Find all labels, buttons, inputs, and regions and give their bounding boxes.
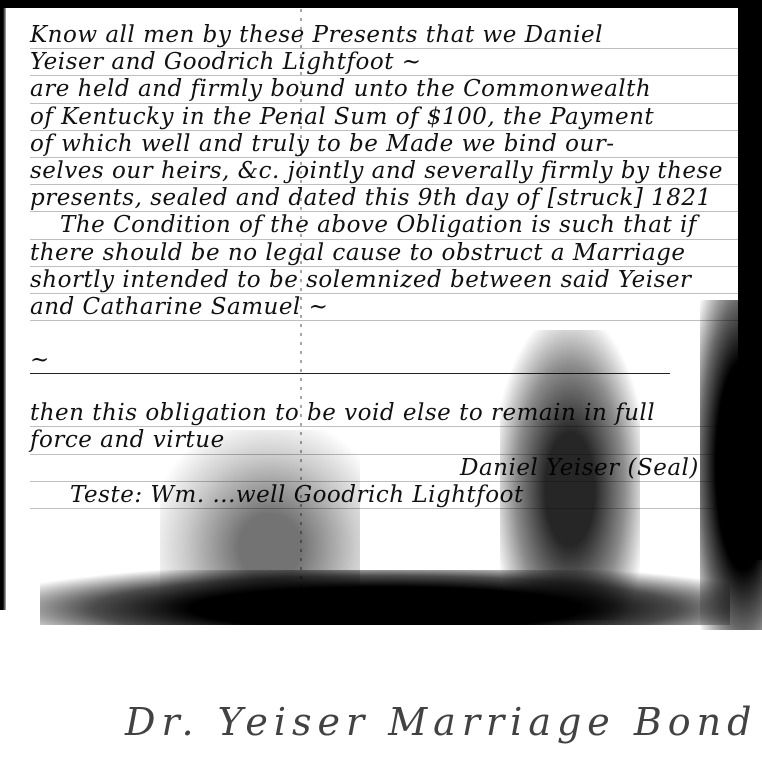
scan-left-edge	[0, 0, 6, 610]
document-line: Know all men by these Presents that we D…	[30, 22, 740, 49]
document-line: The Condition of the above Obligation is…	[30, 212, 740, 239]
document-line: shortly intended to be solemnized betwee…	[30, 267, 740, 294]
torn-bottom-edge	[40, 570, 730, 625]
document-line: of which well and truly to be Made we bi…	[30, 131, 740, 158]
document-line: there should be no legal cause to obstru…	[30, 240, 740, 267]
document-line: of Kentucky in the Penal Sum of $100, th…	[30, 104, 740, 131]
document-line: are held and firmly bound unto the Commo…	[30, 76, 740, 103]
scan-right-border	[738, 0, 762, 560]
document-scan: Know all men by these Presents that we D…	[0, 0, 762, 640]
document-line: and Catharine Samuel ~	[30, 294, 740, 321]
document-line: selves our heirs, &c. jointly and severa…	[30, 158, 740, 185]
docket-annotation: Dr. Yeiser Marriage Bond	[125, 700, 757, 744]
document-line: Yeiser and Goodrich Lightfoot ~	[30, 49, 740, 76]
document-line: presents, sealed and dated this 9th day …	[30, 185, 740, 212]
scan-top-border	[0, 0, 762, 8]
